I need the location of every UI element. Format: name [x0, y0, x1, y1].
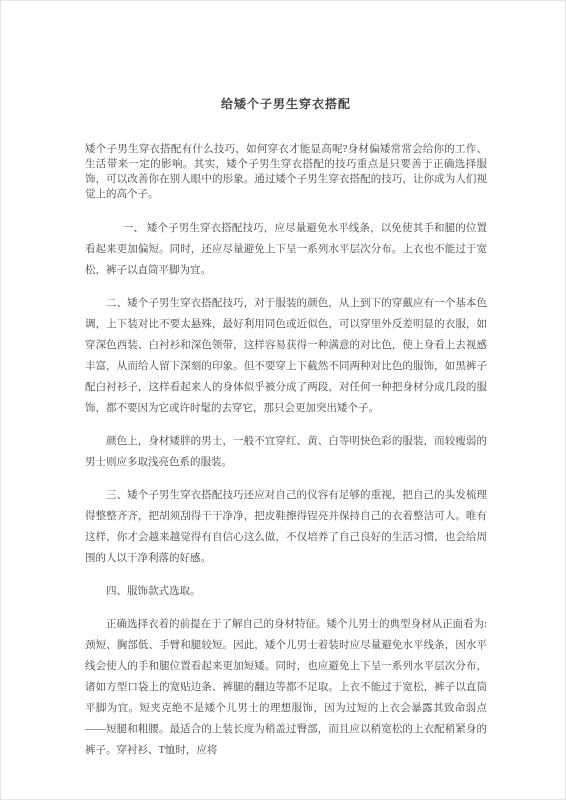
paragraph-section-4-heading: 四、服饰款式选取。 [85, 581, 487, 602]
paragraph-intro: 矮个子男生穿衣搭配有什么技巧，如何穿衣才能显高呢?身材偏矮常常会给你的工作、生活… [85, 142, 487, 202]
paragraph-tip-3: 三、矮个子男生穿衣搭配技巧还应对自己的仪容有足够的重视，把自己的头发梳理得整整齐… [85, 485, 487, 569]
document-page: 给矮个子男生穿衣搭配 矮个子男生穿衣搭配有什么技巧，如何穿衣才能显高呢?身材偏矮… [0, 0, 566, 800]
paragraph-style-selection: 正确选择衣着的前提在于了解自己的身材特征。矮个儿男士的典型身材从正面看为:颈短、… [85, 614, 487, 761]
paragraph-tip-1: 一、 矮个子男生穿衣搭配技巧，应尽量避免水平线条，以免使其手和腿的位置看起来更加… [85, 218, 487, 281]
paragraph-tip-2: 二、矮个子男生穿衣搭配技巧，对于服装的颜色，从上到下的穿戴应有一个基本色调，上下… [85, 293, 487, 419]
document-body: 矮个子男生穿衣搭配有什么技巧，如何穿衣才能显高呢?身材偏矮常常会给你的工作、生活… [85, 142, 487, 761]
document-title: 给矮个子男生穿衣搭配 [85, 95, 487, 112]
paragraph-color-note: 颜色上，身材矮胖的男士，一般不宜穿红、黄、白等明快色彩的服装，而较瘦弱的男士则应… [85, 431, 487, 473]
